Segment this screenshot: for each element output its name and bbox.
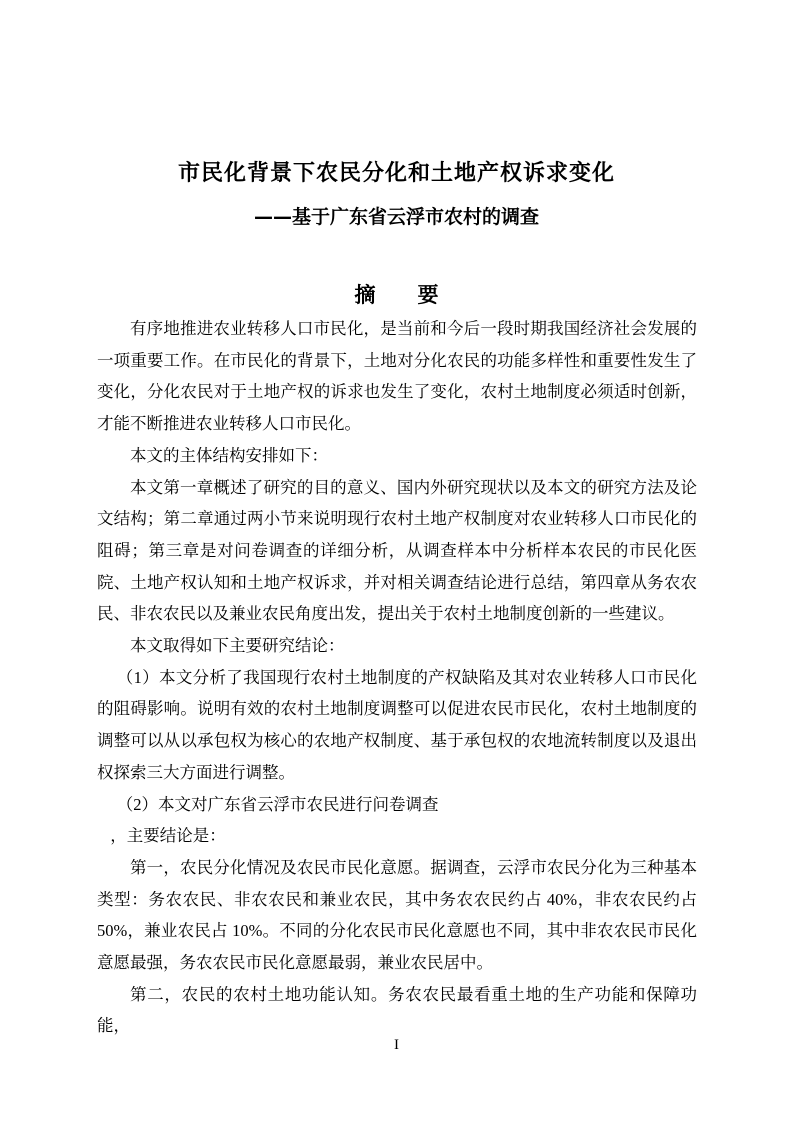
page-number: I [0,1036,793,1054]
paragraph: 有序地推进农业转移人口市民化，是当前和今后一段时期我国经济社会发展的一项重要工作… [97,313,697,440]
paragraph: 第一，农民分化情况及农民市民化意愿。据调查，云浮市农民分化为三种基本类型：务农农… [97,852,697,979]
paragraph: 本文取得如下主要研究结论： [97,630,697,662]
paragraph: （2）本文对广东省云浮市农民进行问卷调查 [97,789,697,821]
abstract-body: 有序地推进农业转移人口市民化，是当前和今后一段时期我国经济社会发展的一项重要工作… [97,313,697,1042]
abstract-heading: 摘 要 [0,282,793,309]
paragraph: ，主要结论是： [97,820,697,852]
paragraph: 本文的主体结构安排如下： [97,440,697,472]
paragraph: 第二，农民的农村土地功能认知。务农农民最看重土地的生产功能和保障功能， [97,979,697,1042]
document-subtitle: ——基于广东省云浮市农村的调查 [0,205,793,229]
paragraph: （1）本文分析了我国现行农村土地制度的产权缺陷及其对农业转移人口市民化的阻碍影响… [97,662,697,789]
document-page: 市民化背景下农民分化和土地产权诉求变化 ——基于广东省云浮市农村的调查 摘 要 … [0,0,793,1122]
paragraph: 本文第一章概述了研究的目的意义、国内外研究现状以及本文的研究方法及论文结构；第二… [97,472,697,631]
document-title: 市民化背景下农民分化和土地产权诉求变化 [0,0,793,188]
